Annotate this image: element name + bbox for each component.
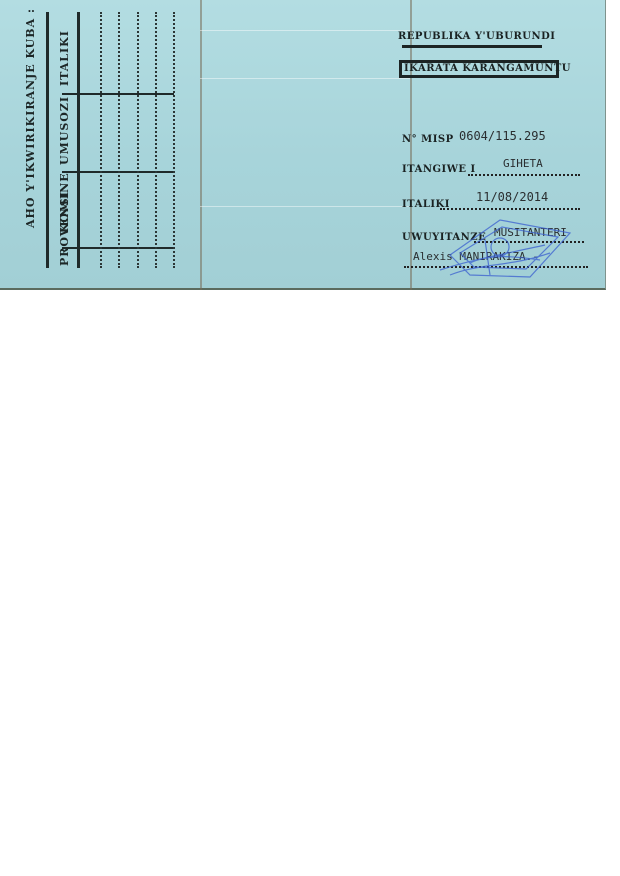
crease [200, 206, 410, 207]
registry-title: AHO Y'IKWIRIKIRANJE KUBA : [24, 8, 37, 228]
issued-at-label: ITANGIWE I [402, 164, 476, 175]
entry-line [118, 12, 120, 268]
column-header-umusozi: UMUSOZI [58, 96, 71, 165]
table-border-header [77, 12, 80, 268]
fold-line-right [410, 0, 412, 290]
republic-heading: REPUBLIKA Y'UBURUNDI [398, 31, 555, 42]
misp-label: N° MISP [402, 134, 454, 145]
id-card: AHO Y'IKWIRIKIRANJE KUBA : PROVENSI KOMI… [0, 0, 606, 290]
entry-line [173, 12, 175, 268]
column-header-italiki: ITALIKI [58, 30, 71, 86]
date-value: 11/08/2014 [476, 190, 548, 204]
signer-line [474, 241, 584, 243]
crease [200, 78, 410, 79]
card-title: IKARATA KARANGAMUNTU [404, 63, 571, 74]
signer-title: MUSITANTERI [494, 226, 567, 239]
fold-line-left [200, 0, 202, 290]
table-border-left [46, 12, 49, 268]
column-header-komine: KOMINE [58, 172, 71, 233]
signer-name-line [404, 266, 588, 268]
issued-at-value: GIHETA [503, 157, 543, 170]
crease [200, 30, 410, 31]
entry-line [155, 12, 157, 268]
official-stamp-icon [430, 215, 575, 280]
misp-value: 0604/115.295 [459, 129, 546, 143]
entry-line [137, 12, 139, 268]
heading-underline [402, 45, 542, 48]
date-line [440, 208, 580, 210]
signer-name: Alexis MANIRAKIZA.- [413, 250, 539, 263]
entry-line [100, 12, 102, 268]
issued-at-line [468, 174, 580, 176]
